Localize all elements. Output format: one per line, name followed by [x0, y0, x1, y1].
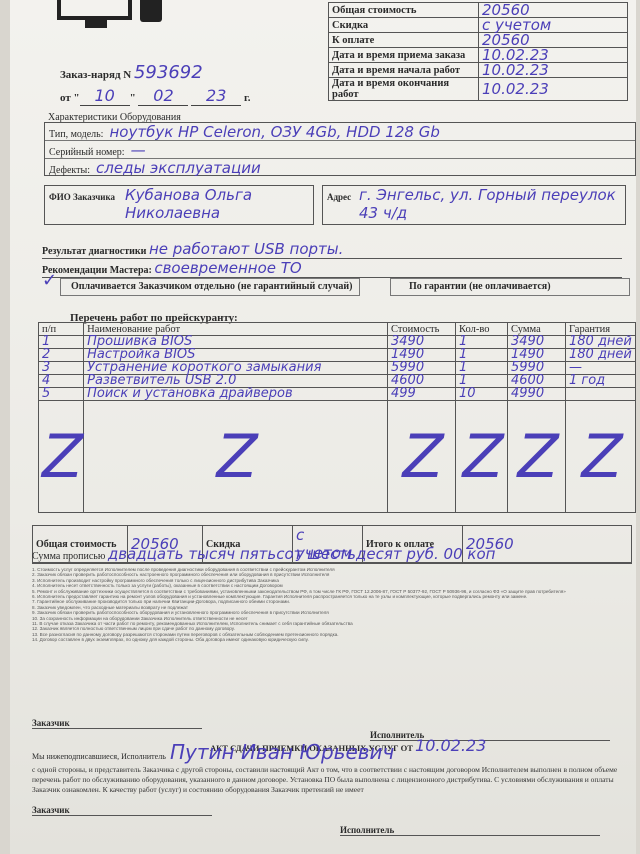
- works-cell: 499: [388, 388, 456, 401]
- works-empty-row: ZZZZZZ: [39, 401, 636, 513]
- paid-by-customer-checkbox[interactable]: Оплачивается Заказчиком отдельно (не гар…: [60, 278, 360, 296]
- empty-cell-mark: Z: [508, 401, 566, 513]
- diagnostics-section: Результат диагностики не работают USB по…: [42, 240, 622, 278]
- info-label: Дата и время начала работ: [329, 63, 479, 78]
- empty-cell-mark: Z: [39, 401, 84, 513]
- works-cell: 10: [456, 388, 508, 401]
- empty-cell-mark: Z: [84, 401, 388, 513]
- terms-and-conditions: 1. Стоимость услуг определяется Исполнит…: [32, 567, 630, 643]
- computer-logo-icon: [45, 0, 165, 30]
- empty-cell-mark: Z: [388, 401, 456, 513]
- info-row: Дата и время начала работ10.02.23: [329, 63, 628, 78]
- paid-check-icon[interactable]: ✓: [42, 270, 57, 291]
- works-row: 5Поиск и установка драйверов499104990: [39, 388, 636, 401]
- customer-signature-line-2: Заказчик: [32, 805, 212, 816]
- order-summary-table: Общая стоимость20560Скидкас учетомК опла…: [328, 2, 628, 101]
- equipment-type-row: Тип, модель:ноутбук HP Celeron, ОЗУ 4Gb,…: [45, 123, 635, 141]
- info-value: 10.02.23: [479, 63, 628, 78]
- info-row: Дата и время окончания работ10.02.23: [329, 78, 628, 101]
- defects-row: Дефекты:следы эксплуатации: [45, 159, 635, 176]
- info-row: Скидкас учетом: [329, 18, 628, 33]
- info-value: 10.02.23: [479, 78, 628, 101]
- customer-address-box: Адрес г. Энгельс, ул. Горный переулок 43…: [322, 185, 626, 225]
- info-label: Общая стоимость: [329, 3, 479, 18]
- work-order-document: Общая стоимость20560Скидкас учетомК опла…: [10, 0, 636, 854]
- info-label: К оплате: [329, 33, 479, 48]
- info-row: Общая стоимость20560: [329, 3, 628, 18]
- diagnostics-result: Результат диагностики не работают USB по…: [42, 240, 622, 259]
- executor-signature-line-2: Исполнитель: [340, 825, 600, 836]
- master-recommendation: Рекомендации Мастера: своевременное ТО: [42, 259, 622, 278]
- works-cell: 5: [39, 388, 84, 401]
- empty-cell-mark: Z: [456, 401, 508, 513]
- act-text: с одной стороны, и представитель Заказчи…: [32, 765, 630, 795]
- info-label: Скидка: [329, 18, 479, 33]
- works-cell: 1 год: [566, 375, 636, 388]
- term-item: 14. Договор составлен в двух экземплярах…: [32, 637, 630, 642]
- works-cell: [566, 388, 636, 401]
- customer-signature-line-1: Заказчик: [32, 718, 202, 729]
- info-row: К оплате20560: [329, 33, 628, 48]
- equipment-box: Тип, модель:ноутбук HP Celeron, ОЗУ 4Gb,…: [44, 122, 636, 176]
- executor-name: Путин Иван Юрьевич: [170, 740, 394, 764]
- order-date: от "10" 02 23 г.: [60, 86, 251, 106]
- works-cell: 4990: [508, 388, 566, 401]
- order-number: Заказ-наряд N 593692: [60, 62, 203, 83]
- customer-name-box: ФИО Заказчика Кубанова Ольга Николаевна: [44, 185, 314, 225]
- works-cell: Поиск и установка драйверов: [84, 388, 388, 401]
- info-row: Дата и время приема заказа10.02.23: [329, 48, 628, 63]
- order-number-value: 593692: [134, 62, 203, 83]
- serial-number-row: Серийный номер:—: [45, 141, 635, 159]
- warranty-checkbox[interactable]: По гарантии (не оплачивается): [390, 278, 630, 296]
- info-label: Дата и время приема заказа: [329, 48, 479, 63]
- amount-in-words: Сумма прописью двадцать тысяч пятьсот ше…: [32, 545, 632, 564]
- act-intro: Мы нижеподписавшиеся, Исполнитель: [32, 752, 166, 761]
- empty-cell-mark: Z: [566, 401, 636, 513]
- info-label: Дата и время окончания работ: [329, 78, 479, 101]
- works-table: п/пНаименование работСтоимостьКол-воСумм…: [38, 322, 636, 513]
